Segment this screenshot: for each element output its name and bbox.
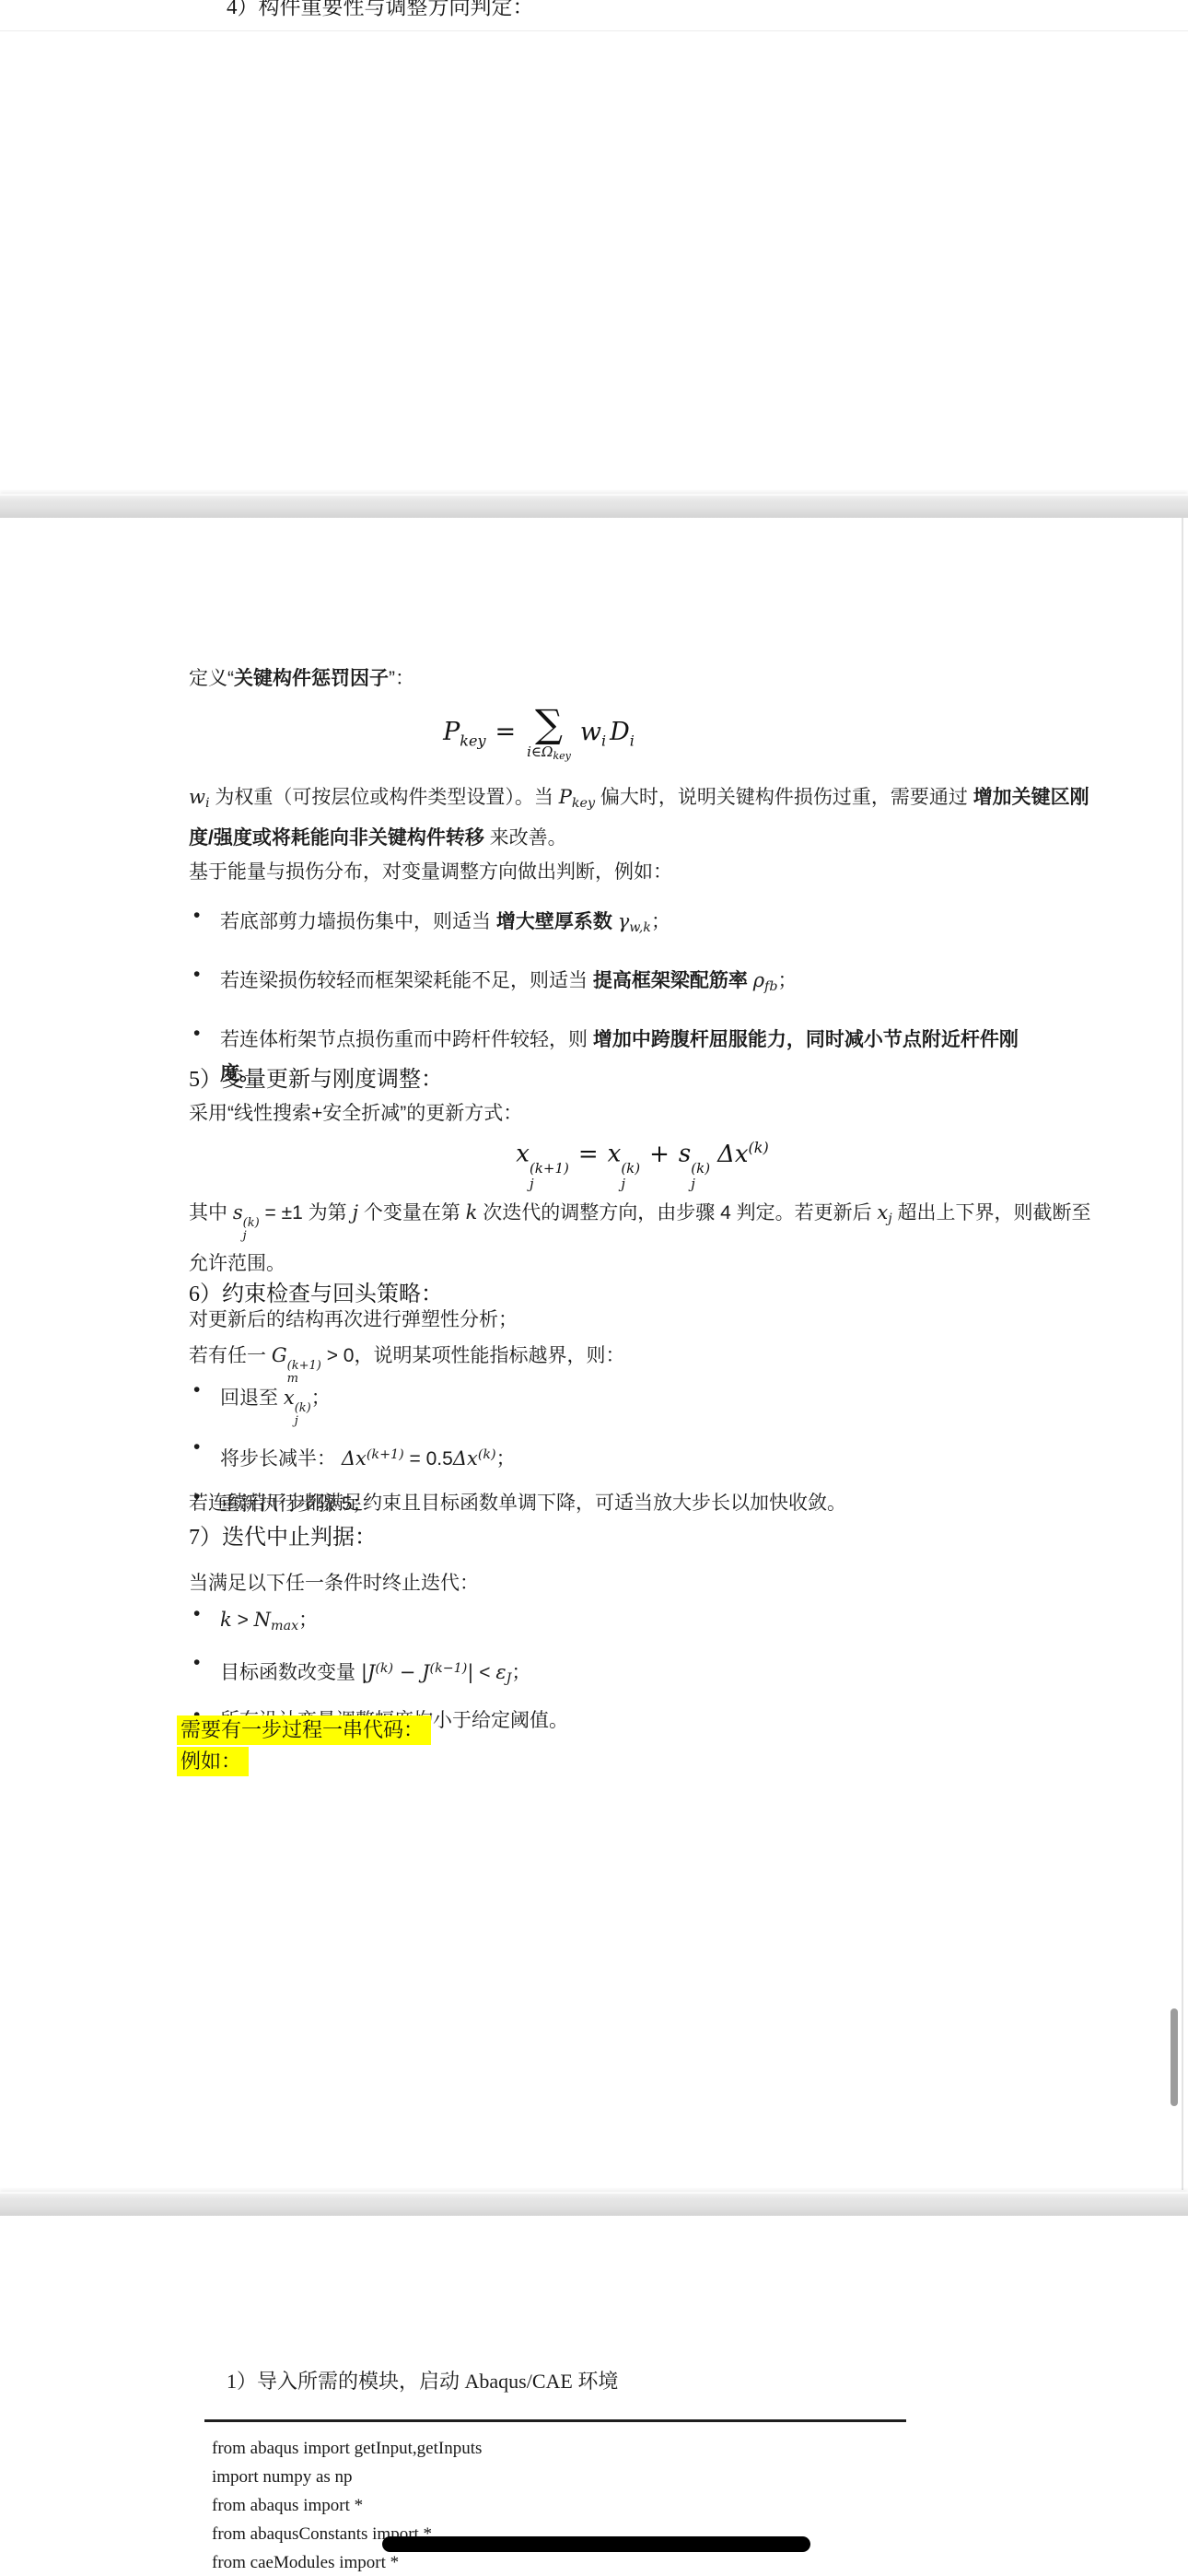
- bullet-text: 若连梁损伤较轻而框架梁耗能不足，则适当 提高框架梁配筋率 ρfb；: [220, 964, 1050, 1004]
- update-formula: x(k+1)j=x(k)j+s(k)jΔx(k): [189, 1139, 1096, 1191]
- page-3: 1）导入所需的模块，启动 Abaqus/CAE 环境 from abaqus i…: [0, 2216, 1188, 2576]
- step5-heading: 5）变量更新与刚度调整：: [189, 1064, 443, 1095]
- step4-heading: 4）构件重要性与调整方向判定：: [227, 0, 534, 23]
- page-separator-2: [0, 2192, 1188, 2218]
- code-divider: [204, 2419, 906, 2422]
- bullet-text: 回退至 x(k)j；: [220, 1379, 1050, 1428]
- code-line: import numpy as np: [212, 2463, 482, 2491]
- energy-line: 基于能量与损伤分布，对变量调整方向做出判断，例如：: [189, 855, 672, 889]
- bullet-icon: •: [193, 905, 208, 927]
- supsub-stack: (k)j: [621, 1161, 640, 1190]
- formula-term: P: [443, 718, 460, 746]
- update-mode-line: 采用“线性搜索+安全折减”的更新方式：: [189, 1096, 522, 1130]
- highlight-note-2: 例如：: [177, 1747, 249, 1776]
- code-block: from abaqus import getInput,getInputs im…: [212, 2434, 482, 2576]
- bullet-icon: •: [193, 1379, 208, 1401]
- bullet-text: 目标函数改变量 |J(k) − J(k−1)| < εJ；: [220, 1652, 1050, 1695]
- converge-line: 若连续若干步都满足约束且目标函数单调下降，可适当放大步长以加快收敛。: [189, 1486, 846, 1520]
- bullet-item: • 若底部剪力墙损伤集中，则适当 增大壁厚系数 γw,k；: [193, 905, 1050, 945]
- key-penalty-formula: Pkey=∑i∈ΩkeywiDi: [189, 704, 889, 762]
- where-paragraph: 其中 s(k)j = ±1 为第 j 个变量在第 k 次迭代的调整方向，由步骤 …: [189, 1191, 1105, 1285]
- supsub-stack: (k+1)j: [530, 1161, 569, 1190]
- scrollbar-thumb[interactable]: [1171, 2008, 1178, 2106]
- page1-hairline: [0, 30, 1188, 31]
- sum-operator: ∑i∈Ωkey: [527, 704, 571, 762]
- bullet-item: • 回退至 x(k)j；: [193, 1379, 1050, 1428]
- bullet-text: 将步长减半： Δx(k+1) = 0.5Δx(k)；: [220, 1436, 1050, 1478]
- constraint-check-line: 若有任一 G(k+1)m > 0，说明某项性能指标越界，则：: [189, 1334, 624, 1386]
- bullet-icon: •: [193, 1603, 208, 1625]
- stop-condition-line: 当满足以下任一条件时终止迭代：: [189, 1566, 479, 1600]
- reanalysis-line: 对更新后的结构再次进行弹塑性分析；: [189, 1303, 518, 1337]
- redaction-bar: [382, 2536, 810, 2552]
- page-1: 4）构件重要性与调整方向判定：: [0, 0, 1188, 494]
- page-right-edge: [1182, 518, 1183, 2190]
- bullet-item: • 目标函数改变量 |J(k) − J(k−1)| < εJ；: [193, 1652, 1050, 1695]
- code-line: from caeModules import *: [212, 2548, 482, 2576]
- bullet-item: • k > Nmax；: [193, 1603, 1050, 1643]
- bullet-icon: •: [193, 1652, 208, 1674]
- supsub-stack: (k)j: [691, 1161, 710, 1190]
- bullet-item: • 若连梁损伤较轻而框架梁耗能不足，则适当 提高框架梁配筋率 ρfb；: [193, 964, 1050, 1004]
- code-line: from abaqus import *: [212, 2491, 482, 2520]
- code-line: from abaqus import getInput,getInputs: [212, 2434, 482, 2463]
- bullet-icon: •: [193, 1023, 208, 1045]
- bullet-item: • 将步长减半： Δx(k+1) = 0.5Δx(k)；: [193, 1436, 1050, 1478]
- page-separator-1: [0, 494, 1188, 520]
- import-heading: 1）导入所需的模块，启动 Abaqus/CAE 环境: [227, 2366, 618, 2395]
- bullet-text: 若底部剪力墙损伤集中，则适当 增大壁厚系数 γw,k；: [220, 905, 1050, 945]
- highlight-note-1: 需要有一步过程一串代码：: [177, 1715, 431, 1745]
- weight-paragraph: wi 为权重（可按层位或构件类型设置）。当 Pkey 偏大时，说明关键构件损伤过…: [189, 779, 1105, 856]
- bullet-icon: •: [193, 1436, 208, 1458]
- bullet-text: k > Nmax；: [220, 1603, 1050, 1643]
- define-line: 定义“关键构件惩罚因子”：: [189, 662, 414, 696]
- step7-heading: 7）迭代中止判据：: [189, 1522, 377, 1553]
- bullet-icon: •: [193, 964, 208, 986]
